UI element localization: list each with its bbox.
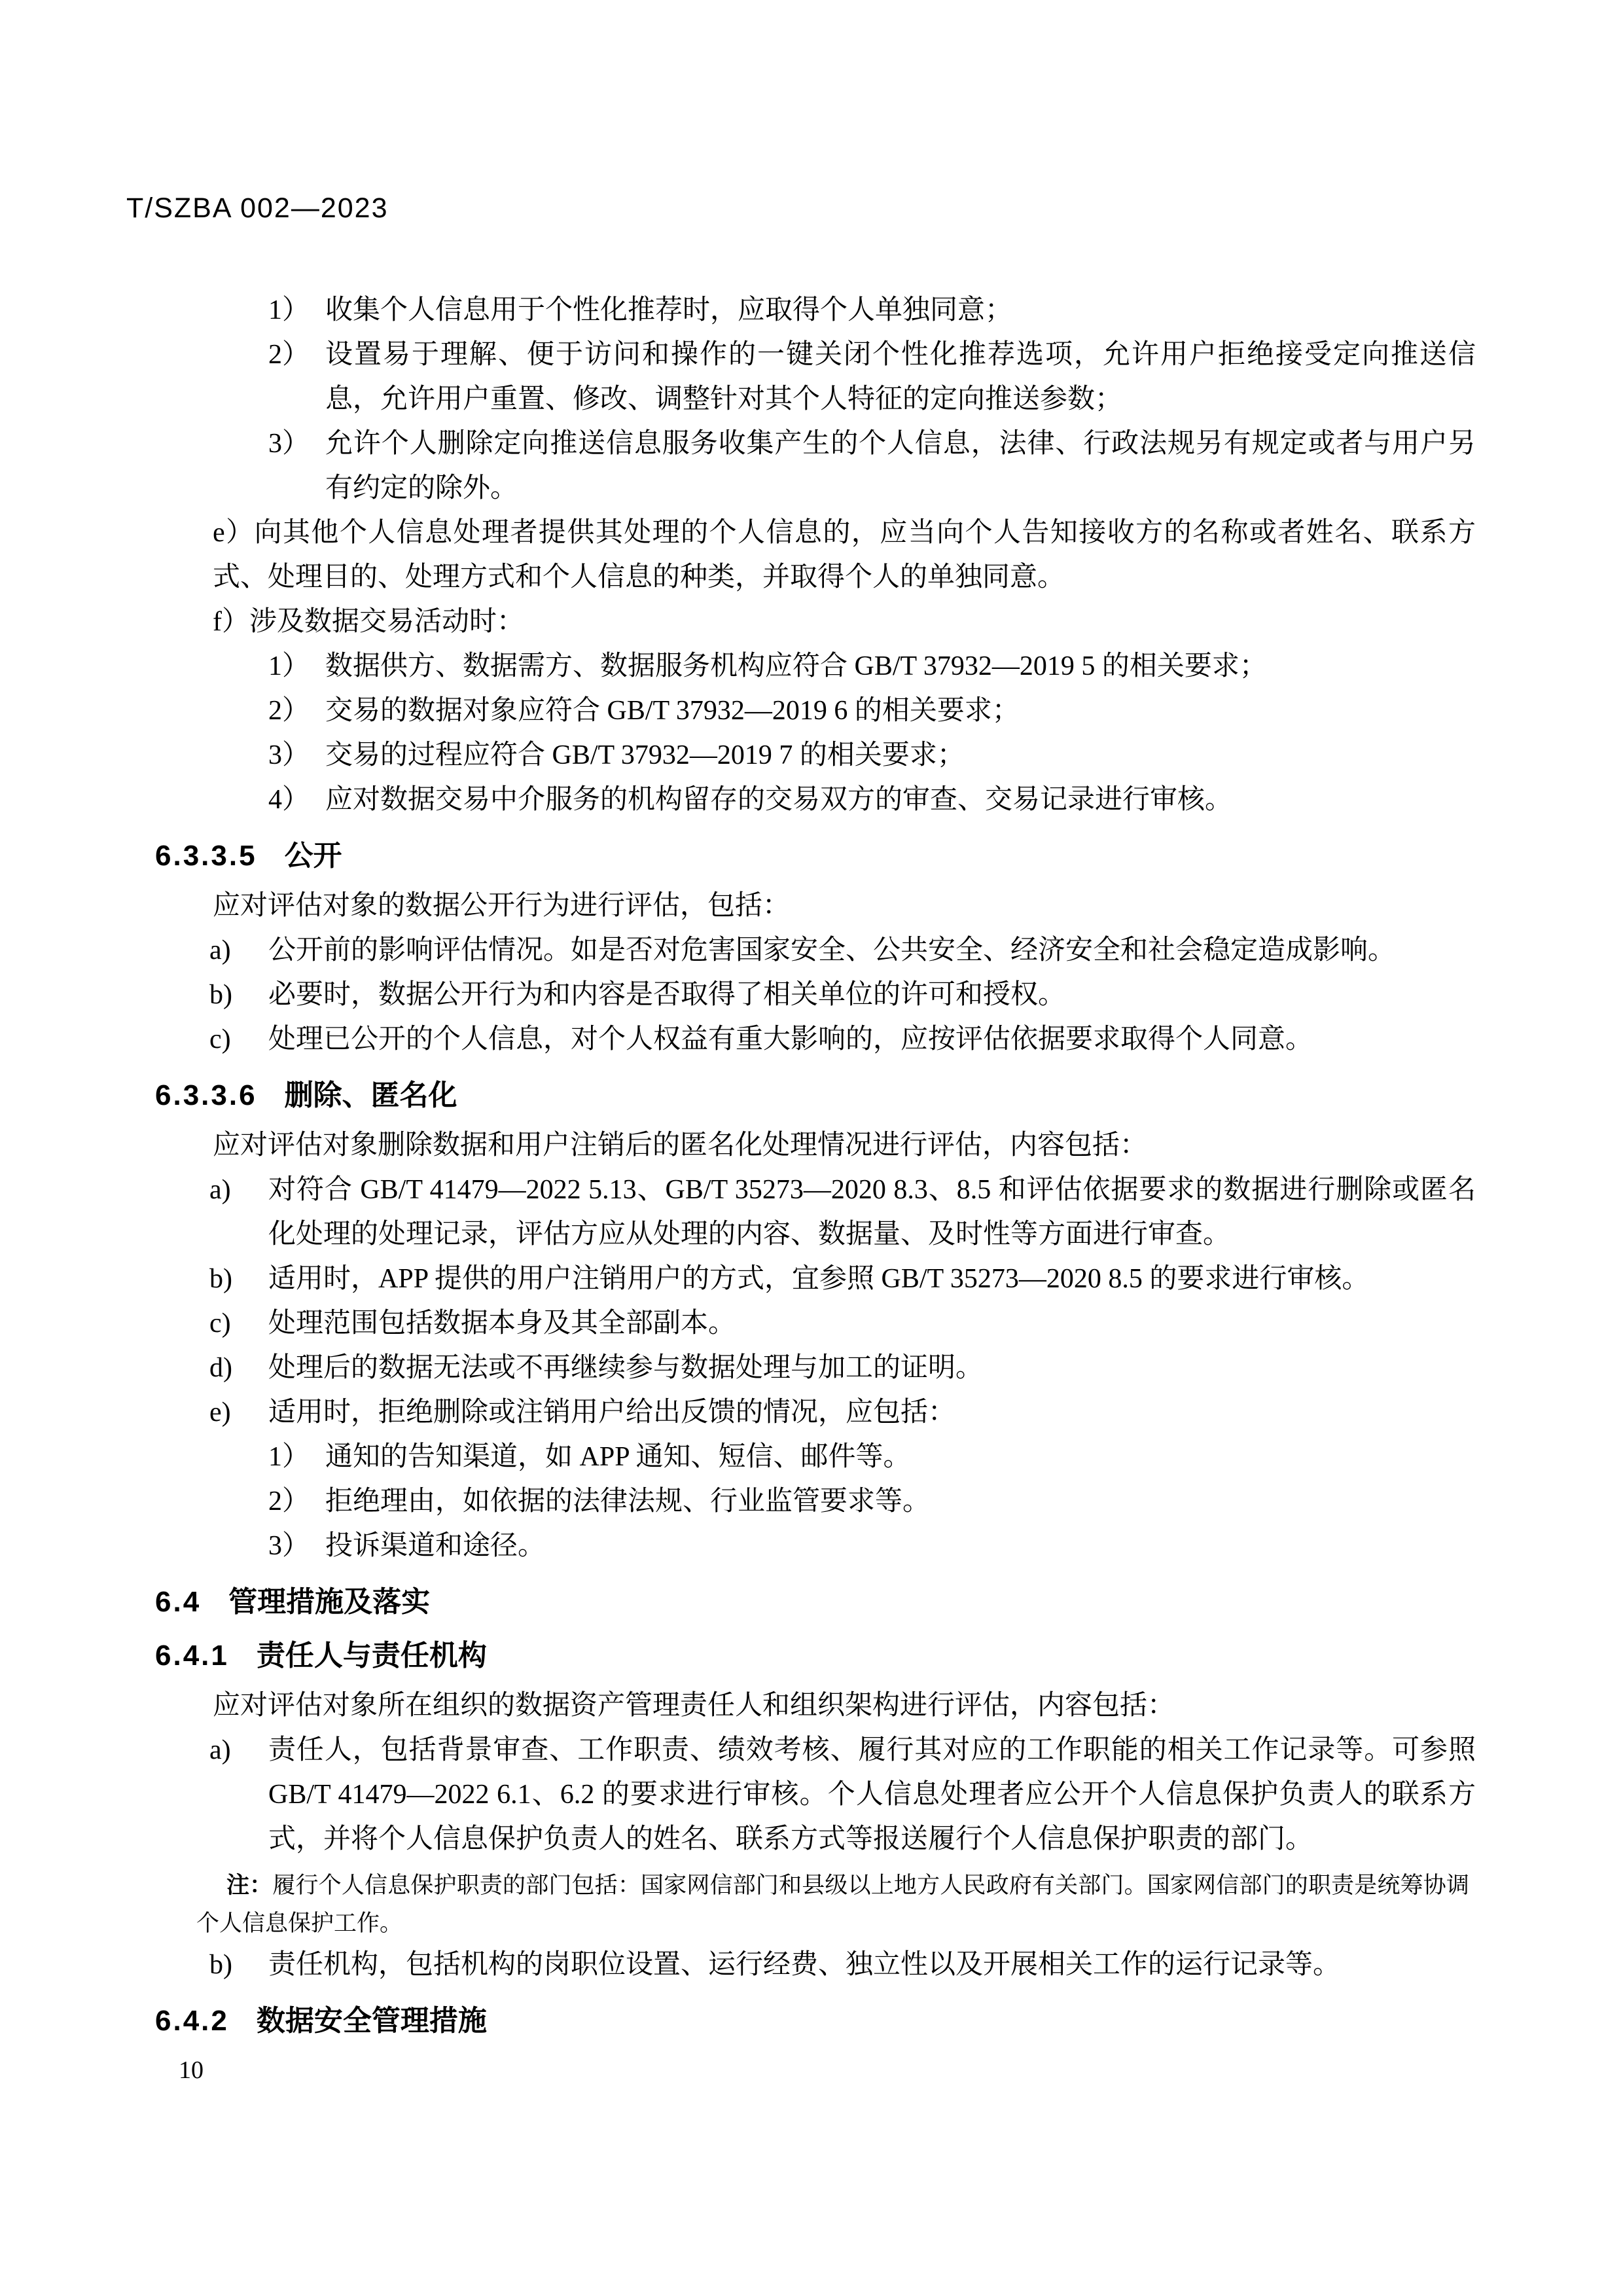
list-marker: 2）: [268, 1479, 310, 1524]
list-item-text: 通知的告知渠道，如 APP 通知、短信、邮件等。: [325, 1442, 911, 1472]
list-item-text: 数据供方、数据需方、数据服务机构应符合 GB/T 37932—2019 5 的相…: [325, 651, 1267, 681]
list-item-text: 应对数据交易中介服务的机构留存的交易双方的审查、交易记录进行审核。: [325, 785, 1232, 815]
section-heading-6-4-1: 6.4.1责任人与责任机构: [155, 1636, 1623, 1676]
section-title: 数据安全管理措施: [257, 2005, 487, 2037]
list-marker: b): [209, 973, 232, 1017]
list-marker: 3）: [268, 1524, 310, 1568]
list-item-text: 设置易于理解、便于访问和操作的一键关闭个性化推荐选项，允许用户拒绝接受定向推送信…: [325, 340, 1476, 414]
list-item: c) 处理范围包括数据本身及其全部副本。: [268, 1301, 1476, 1346]
section-number: 6.4: [155, 1586, 201, 1618]
paragraph: 应对评估对象删除数据和用户注销后的匿名化处理情况进行评估，内容包括：: [213, 1123, 1476, 1168]
section-number: 6.3.3.6: [155, 1079, 257, 1111]
list-item-text: 责任机构，包括机构的岗职位设置、运行经费、独立性以及开展相关工作的运行记录等。: [268, 1950, 1340, 1980]
list-item-text: 处理后的数据无法或不再继续参与数据处理与加工的证明。: [268, 1353, 983, 1383]
list-item: 4） 应对数据交易中介服务的机构留存的交易双方的审查、交易记录进行审核。: [325, 778, 1476, 822]
list-marker: a): [209, 1728, 231, 1772]
section-number: 6.4.2: [155, 2005, 229, 2037]
document-page: T/SZBA 002—2023 1） 收集个人信息用于个性化推荐时，应取得个人单…: [0, 0, 1623, 2296]
list-marker: 1）: [268, 1435, 310, 1479]
list-marker: b): [209, 1257, 232, 1301]
list-marker: 2）: [268, 689, 310, 733]
list-marker: b): [209, 1943, 232, 1987]
list-marker: 3）: [268, 422, 310, 466]
list-item: 1） 数据供方、数据需方、数据服务机构应符合 GB/T 37932—2019 5…: [325, 644, 1476, 689]
section-heading-6-3-3-5: 6.3.3.5公开: [155, 836, 1623, 876]
list-marker: f）: [213, 607, 249, 637]
section-title: 责任人与责任机构: [257, 1640, 487, 1672]
list-item-text: 对符合 GB/T 41479—2022 5.13、GB/T 35273—2020…: [268, 1175, 1476, 1249]
list-item: 3） 投诉渠道和途径。: [325, 1524, 1476, 1568]
list-item-text: 涉及数据交易活动时：: [249, 607, 524, 637]
paragraph: 应对评估对象的数据公开行为进行评估，包括：: [213, 884, 1476, 928]
list-marker: a): [209, 1168, 231, 1212]
list-item-text: 公开前的影响评估情况。如是否对危害国家安全、公共安全、经济安全和社会稳定造成影响…: [268, 935, 1395, 965]
list-item-text: 适用时，APP 提供的用户注销用户的方式，宜参照 GB/T 35273—2020…: [268, 1264, 1369, 1294]
list-marker: 1）: [268, 288, 310, 332]
list-item: 1） 收集个人信息用于个性化推荐时，应取得个人单独同意；: [325, 288, 1476, 332]
list-item-text: 适用时，拒绝删除或注销用户给出反馈的情况，应包括：: [268, 1397, 955, 1427]
list-item: e）向其他个人信息处理者提供其处理的个人信息的，应当向个人告知接收方的名称或者姓…: [213, 511, 1476, 600]
list-marker: c): [209, 1017, 231, 1062]
list-item: a) 责任人，包括背景审查、工作职责、绩效考核、履行其对应的工作职能的相关工作记…: [268, 1728, 1476, 1861]
note: 注：履行个人信息保护职责的部门包括：国家网信部门和县级以上地方人民政府有关部门。…: [196, 1867, 1469, 1943]
list-item-text: 投诉渠道和途径。: [325, 1531, 545, 1561]
document-body: 1） 收集个人信息用于个性化推荐时，应取得个人单独同意； 2） 设置易于理解、便…: [0, 288, 1623, 2087]
list-item: 1） 通知的告知渠道，如 APP 通知、短信、邮件等。: [325, 1435, 1476, 1479]
list-marker: 1）: [268, 644, 310, 689]
list-marker: e): [209, 1390, 231, 1435]
list-item-text: 交易的数据对象应符合 GB/T 37932—2019 6 的相关要求；: [325, 696, 1020, 726]
list-marker: 2）: [268, 332, 310, 377]
section-title: 管理措施及落实: [228, 1586, 430, 1618]
list-item: b) 必要时，数据公开行为和内容是否取得了相关单位的许可和授权。: [268, 973, 1476, 1017]
list-item-text: 必要时，数据公开行为和内容是否取得了相关单位的许可和授权。: [268, 980, 1065, 1010]
page-number: 10: [179, 2054, 1623, 2087]
document-code-header: T/SZBA 002—2023: [126, 188, 1623, 228]
list-item-text: 交易的过程应符合 GB/T 37932—2019 7 的相关要求；: [325, 740, 965, 770]
list-item-text: 向其他个人信息处理者提供其处理的个人信息的，应当向个人告知接收方的名称或者姓名、…: [213, 518, 1476, 592]
list-marker: d): [209, 1346, 232, 1390]
list-marker: 4）: [268, 778, 310, 822]
note-text: 履行个人信息保护职责的部门包括：国家网信部门和县级以上地方人民政府有关部门。国家…: [196, 1873, 1469, 1936]
section-title: 公开: [285, 840, 342, 872]
list-item: 2） 拒绝理由，如依据的法律法规、行业监管要求等。: [325, 1479, 1476, 1524]
note-label: 注：: [226, 1873, 272, 1898]
list-item: 3） 允许个人删除定向推送信息服务收集产生的个人信息，法律、行政法规另有规定或者…: [325, 422, 1476, 511]
list-item: a) 公开前的影响评估情况。如是否对危害国家安全、公共安全、经济安全和社会稳定造…: [268, 928, 1476, 973]
list-item: 3） 交易的过程应符合 GB/T 37932—2019 7 的相关要求；: [325, 733, 1476, 778]
list-marker: c): [209, 1301, 231, 1346]
paragraph: 应对评估对象所在组织的数据资产管理责任人和组织架构进行评估，内容包括：: [213, 1683, 1476, 1728]
list-item: c) 处理已公开的个人信息，对个人权益有重大影响的，应按评估依据要求取得个人同意…: [268, 1017, 1476, 1062]
list-item-text: 责任人，包括背景审查、工作职责、绩效考核、履行其对应的工作职能的相关工作记录等。…: [268, 1735, 1476, 1854]
list-item: b) 责任机构，包括机构的岗职位设置、运行经费、独立性以及开展相关工作的运行记录…: [268, 1943, 1476, 1987]
list-item: d) 处理后的数据无法或不再继续参与数据处理与加工的证明。: [268, 1346, 1476, 1390]
list-item-text: 处理范围包括数据本身及其全部副本。: [268, 1308, 736, 1338]
list-marker: a): [209, 928, 231, 973]
list-item: a) 对符合 GB/T 41479—2022 5.13、GB/T 35273—2…: [268, 1168, 1476, 1257]
list-item: f）涉及数据交易活动时：: [213, 600, 1476, 644]
list-item: e) 适用时，拒绝删除或注销用户给出反馈的情况，应包括：: [268, 1390, 1476, 1435]
list-item: b) 适用时，APP 提供的用户注销用户的方式，宜参照 GB/T 35273—2…: [268, 1257, 1476, 1301]
list-item-text: 收集个人信息用于个性化推荐时，应取得个人单独同意；: [325, 295, 1012, 325]
section-heading-6-4: 6.4管理措施及落实: [155, 1583, 1623, 1622]
list-marker: e）: [213, 518, 255, 548]
section-title: 删除、匿名化: [285, 1079, 457, 1111]
section-number: 6.4.1: [155, 1640, 229, 1672]
section-number: 6.3.3.5: [155, 840, 257, 872]
list-item-text: 允许个人删除定向推送信息服务收集产生的个人信息，法律、行政法规另有规定或者与用户…: [325, 429, 1476, 503]
section-heading-6-3-3-6: 6.3.3.6删除、匿名化: [155, 1076, 1623, 1115]
list-item-text: 拒绝理由，如依据的法律法规、行业监管要求等。: [325, 1486, 930, 1516]
list-marker: 3）: [268, 733, 310, 778]
list-item: 2） 设置易于理解、便于访问和操作的一键关闭个性化推荐选项，允许用户拒绝接受定向…: [325, 332, 1476, 422]
section-heading-6-4-2: 6.4.2数据安全管理措施: [155, 2001, 1623, 2041]
list-item-text: 处理已公开的个人信息，对个人权益有重大影响的，应按评估依据要求取得个人同意。: [268, 1024, 1313, 1054]
list-item: 2） 交易的数据对象应符合 GB/T 37932—2019 6 的相关要求；: [325, 689, 1476, 733]
